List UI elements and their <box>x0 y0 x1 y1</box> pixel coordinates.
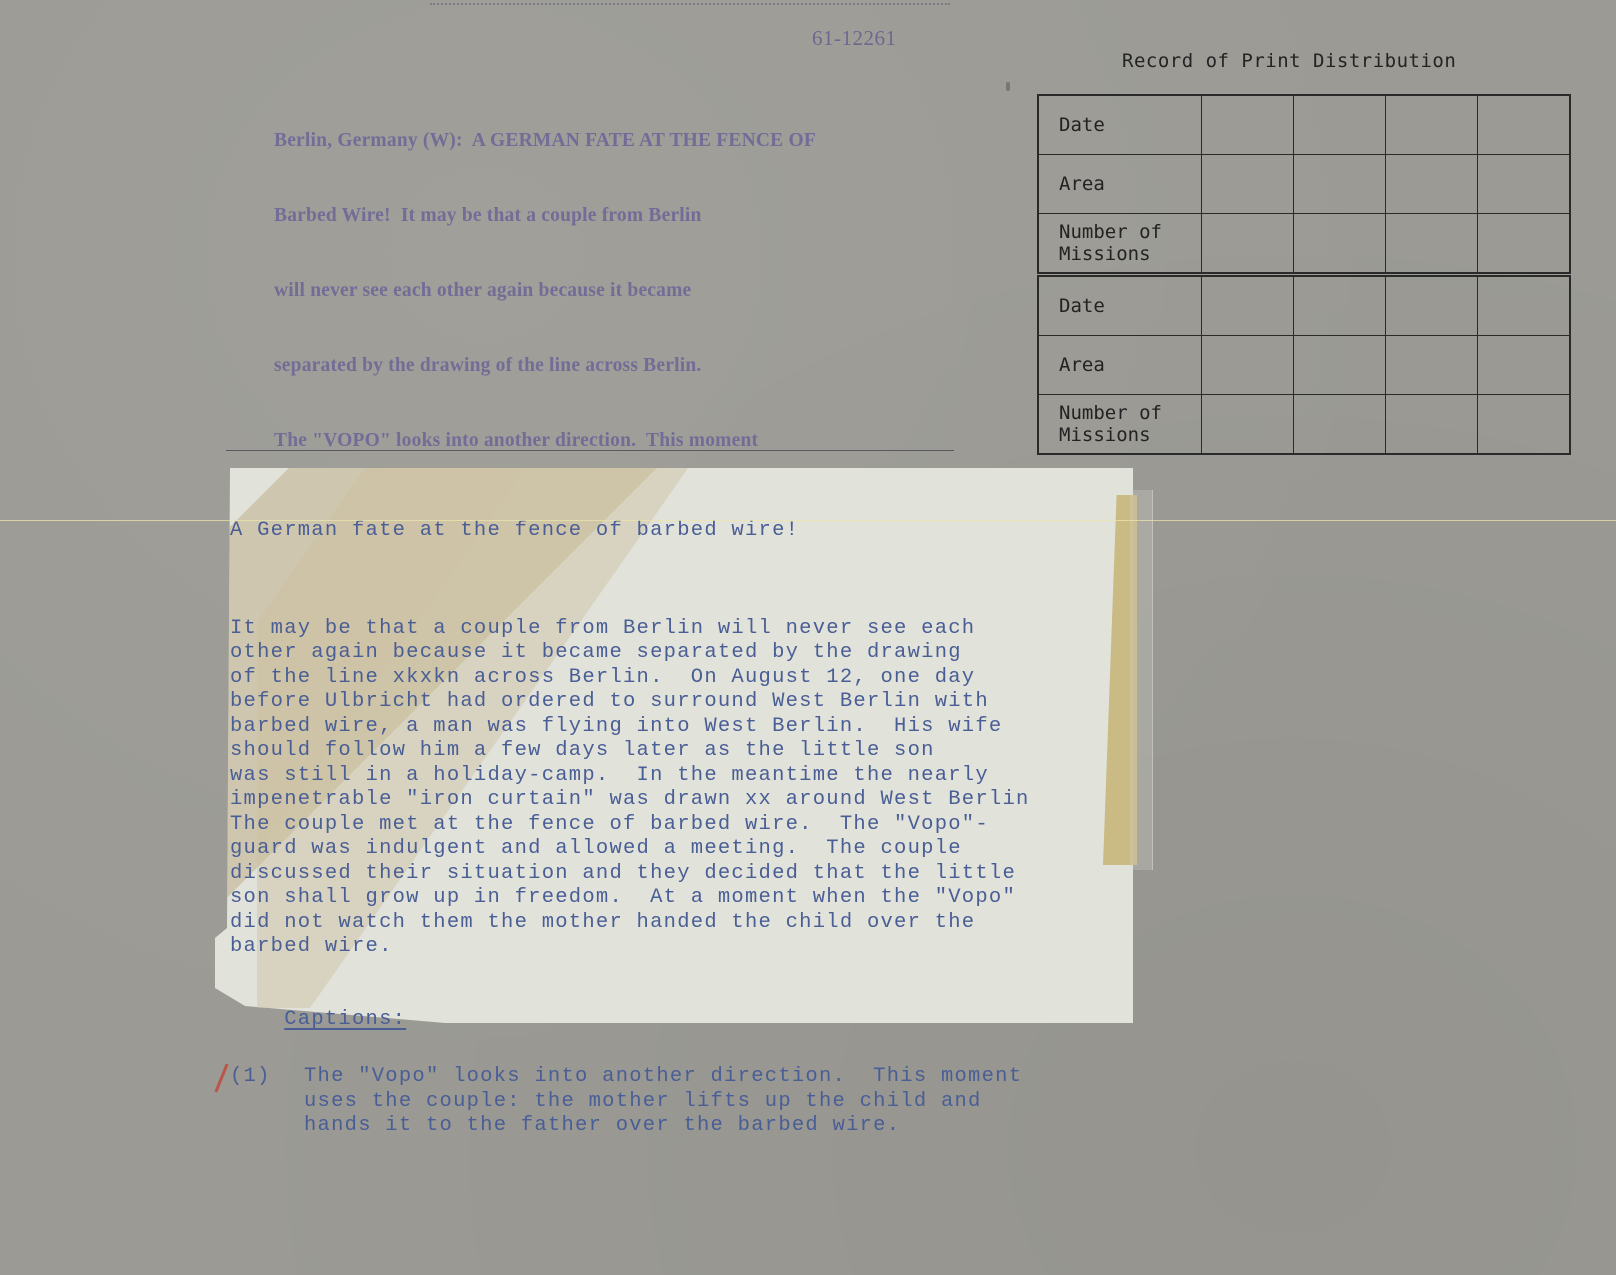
scan-artifact-line <box>0 520 1616 521</box>
distribution-cell <box>1478 95 1571 155</box>
clipping-body-line: barbed wire, a man was flying into West … <box>230 715 1130 740</box>
caption-line: The "Vopo" looks into another direction.… <box>304 1065 1022 1090</box>
distribution-cell <box>1386 214 1478 275</box>
distribution-cell <box>1294 95 1386 155</box>
clipping-body-line: son shall grow up in freedom. At a momen… <box>230 886 1130 911</box>
stamped-caption-line: will never see each other again because … <box>274 278 964 303</box>
stamped-caption-line: Barbed Wire! It may be that a couple fro… <box>274 203 964 228</box>
distribution-row: Number of Missions <box>1038 214 1570 275</box>
clear-tape-edge <box>1130 490 1153 870</box>
distribution-cell <box>1202 275 1294 336</box>
caption-number: (1) <box>230 1065 304 1139</box>
distribution-cell <box>1478 395 1571 455</box>
distribution-row-label: Number of Missions <box>1038 214 1202 275</box>
clipping-body-line: discussed their situation and they decid… <box>230 862 1130 887</box>
distribution-cell <box>1386 336 1478 395</box>
distribution-cell <box>1294 275 1386 336</box>
distribution-cell <box>1294 395 1386 455</box>
caption-number-text: (1) <box>230 1065 271 1088</box>
clipping-body-line: was still in a holiday-camp. In the mean… <box>230 764 1130 789</box>
distribution-row: Date <box>1038 275 1570 336</box>
distribution-cell <box>1386 95 1478 155</box>
distribution-cell <box>1294 336 1386 395</box>
distribution-cell <box>1478 336 1571 395</box>
distribution-row-label: Number of Missions <box>1038 395 1202 455</box>
red-check-mark-icon <box>214 1064 228 1093</box>
document-page: 61-12261 Berlin, Germany (W): A GERMAN F… <box>0 0 1616 1275</box>
distribution-row: Area <box>1038 336 1570 395</box>
distribution-row-label: Area <box>1038 155 1202 214</box>
distribution-title: Record of Print Distribution <box>1122 50 1456 72</box>
distribution-row: Date <box>1038 95 1570 155</box>
distribution-cell <box>1478 275 1571 336</box>
clipping-body-line: other again because it became separated … <box>230 641 1130 666</box>
clipping-body-line: of the line xkxkn across Berlin. On Augu… <box>230 666 1130 691</box>
clipping-body-line: barbed wire. <box>230 935 1130 960</box>
clipping-body-line: It may be that a couple from Berlin will… <box>230 617 1130 642</box>
distribution-row-label: Area <box>1038 336 1202 395</box>
stamped-caption-line: Berlin, Germany (W): A GERMAN FATE AT TH… <box>274 128 964 153</box>
caption-item: (1)The "Vopo" looks into another directi… <box>230 1065 1130 1139</box>
distribution-cell <box>1202 95 1294 155</box>
distribution-cell <box>1386 395 1478 455</box>
distribution-row: Area <box>1038 155 1570 214</box>
distribution-cell <box>1202 395 1294 455</box>
captions-label: Captions: <box>284 1008 406 1033</box>
clipping-body-line: did not watch them the mother handed the… <box>230 911 1130 936</box>
distribution-cell <box>1202 155 1294 214</box>
clipping-body-line: before Ulbricht had ordered to surround … <box>230 690 1130 715</box>
distribution-row-label: Date <box>1038 95 1202 155</box>
reference-number: 61-12261 <box>812 26 897 51</box>
distribution-row-label: Date <box>1038 275 1202 336</box>
distribution-cell <box>1478 155 1571 214</box>
clipping-body-line: The couple met at the fence of barbed wi… <box>230 813 1130 838</box>
clipping-body-line: impenetrable "iron curtain" was drawn xx… <box>230 788 1130 813</box>
distribution-cell <box>1294 155 1386 214</box>
clipping-body: It may be that a couple from Berlin will… <box>230 617 1130 960</box>
distribution-cell <box>1386 155 1478 214</box>
top-dotted-rule <box>430 3 950 7</box>
distribution-cell <box>1294 214 1386 275</box>
clipping-body-line: should follow him a few days later as th… <box>230 739 1130 764</box>
distribution-row: Number of Missions <box>1038 395 1570 455</box>
captions-list: (1)The "Vopo" looks into another directi… <box>230 1065 1130 1139</box>
pin-mark <box>1006 82 1010 91</box>
clipping-text: A German fate at the fence of barbed wir… <box>230 470 1130 1188</box>
caption-lines: The "Vopo" looks into another direction.… <box>304 1065 1022 1139</box>
caption-line: uses the couple: the mother lifts up the… <box>304 1090 1022 1115</box>
clipping-body-line: guard was indulgent and allowed a meetin… <box>230 837 1130 862</box>
caption-line: hands it to the father over the barbed w… <box>304 1114 1022 1139</box>
distribution-cell <box>1386 275 1478 336</box>
stamped-caption-line: separated by the drawing of the line acr… <box>274 353 964 378</box>
distribution-cell <box>1202 214 1294 275</box>
distribution-table: DateAreaNumber of MissionsDateAreaNumber… <box>1037 94 1571 455</box>
clipping-headline: A German fate at the fence of barbed wir… <box>230 519 1130 544</box>
section-divider <box>226 450 954 451</box>
distribution-cell <box>1478 214 1571 275</box>
distribution-cell <box>1202 336 1294 395</box>
